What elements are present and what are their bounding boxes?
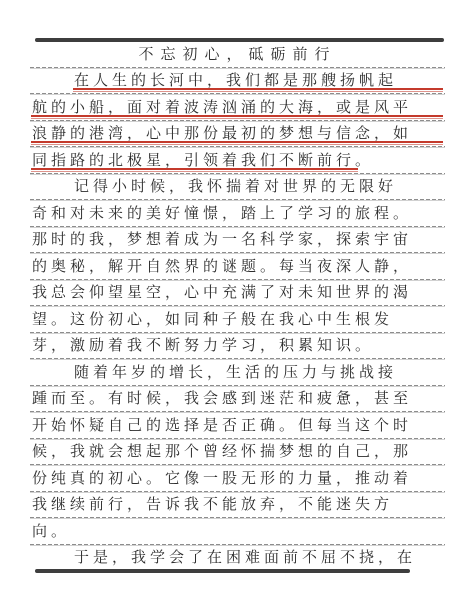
essay-line: 那时的我，梦想着成为一名科学家，探索宇宙 — [30, 228, 445, 255]
essay-line: 份纯真的初心。它像一股无形的力量，推动着 — [30, 466, 445, 493]
essay-line-text: 不忘初心，砥砺前行 — [30, 47, 445, 69]
essay-photo: 不忘初心，砥砺前行 在人生的长河中，我们都是那艘扬帆起 航的小船，面对着波涛汹涌… — [0, 0, 449, 600]
rule-line — [30, 438, 445, 439]
teacher-red-underline — [31, 168, 358, 172]
essay-line-text: 记得小时候，我怀揣着对世界的无限好 — [30, 179, 397, 201]
rule-line — [30, 226, 445, 227]
teacher-red-underline — [31, 115, 443, 119]
rule-line — [30, 199, 445, 200]
rule-line — [30, 93, 445, 94]
rule-line — [30, 305, 445, 306]
essay-line-text: 份纯真的初心。它像一股无形的力量，推动着 — [30, 471, 412, 493]
essay-line-text: 的奥秘，解开自然界的谜题。每当夜深人静， — [30, 259, 412, 281]
essay-line: 我继续前行，告诉我不能放弃，不能迷失方 — [30, 493, 445, 520]
rule-line — [30, 173, 445, 174]
rule-line — [30, 279, 445, 280]
essay-line: 候，我就会想起那个曾经怀揣梦想的自己，那 — [30, 440, 445, 467]
teacher-red-underline — [73, 88, 443, 92]
essay-line: 在人生的长河中，我们都是那艘扬帆起 — [30, 69, 445, 96]
essay-line-text: 我总会仰望星空，心中充满了对未知世界的渴 — [30, 285, 412, 307]
essay-line: 望。这份初心，如同种子般在我心中生根发 — [30, 307, 445, 334]
essay-line-text: 那时的我，梦想着成为一名科学家，探索宇宙 — [30, 232, 412, 254]
rule-line — [30, 358, 445, 359]
essay-line: 芽，激励着我不断努力学习，积累知识。 — [30, 334, 445, 361]
rule-line — [30, 252, 445, 253]
essay-line-text: 芽，激励着我不断努力学习，积累知识。 — [30, 338, 374, 360]
rule-line — [30, 544, 445, 545]
rule-line — [30, 67, 445, 68]
essay-line: 开始怀疑自己的选择是否正确。但每当这个时 — [30, 413, 445, 440]
essay-line-text: 踵而至。有时候，我会感到迷茫和疲惫，甚至 — [30, 391, 412, 413]
teacher-red-underline — [31, 141, 443, 145]
essay-line: 同指路的北极星，引领着我们不断前行。 — [30, 148, 445, 175]
essay-line-text: 奇和对未来的美好憧憬，踏上了学习的旅程。 — [30, 206, 412, 228]
rule-line — [30, 120, 445, 121]
essay-sheet: 不忘初心，砥砺前行 在人生的长河中，我们都是那艘扬帆起 航的小船，面对着波涛汹涌… — [30, 42, 445, 572]
essay-line: 踵而至。有时候，我会感到迷茫和疲惫，甚至 — [30, 387, 445, 414]
essay-line: 浪静的港湾，心中那份最初的梦想与信念，如 — [30, 122, 445, 149]
essay-line: 航的小船，面对着波涛汹涌的大海，或是风平 — [30, 95, 445, 122]
rule-line — [30, 146, 445, 147]
essay-line: 的奥秘，解开自然界的谜题。每当夜深人静， — [30, 254, 445, 281]
essay-line: 记得小时候，我怀揣着对世界的无限好 — [30, 175, 445, 202]
rule-line — [30, 332, 445, 333]
essay-line-text: 望。这份初心，如同种子般在我心中生根发 — [30, 312, 393, 334]
essay-line-text: 开始怀疑自己的选择是否正确。但每当这个时 — [30, 418, 412, 440]
rule-line — [30, 491, 445, 492]
essay-line: 不忘初心，砥砺前行 — [30, 42, 445, 69]
essay-line-text: 我继续前行，告诉我不能放弃，不能迷失方 — [30, 497, 393, 519]
essay-line: 我总会仰望星空，心中充满了对未知世界的渴 — [30, 281, 445, 308]
page-bottom-border — [35, 569, 410, 573]
essay-line-text: 向。 — [30, 524, 70, 546]
essay-line: 奇和对未来的美好憧憬，踏上了学习的旅程。 — [30, 201, 445, 228]
rule-line — [30, 517, 445, 518]
rule-line — [30, 464, 445, 465]
rule-line — [30, 385, 445, 386]
essay-line: 向。 — [30, 519, 445, 546]
essay-line-text: 候，我就会想起那个曾经怀揣梦想的自己，那 — [30, 444, 412, 466]
essay-line: 随着年岁的增长，生活的压力与挑战接 — [30, 360, 445, 387]
rule-line — [30, 411, 445, 412]
essay-line-text: 随着年岁的增长，生活的压力与挑战接 — [30, 365, 397, 387]
